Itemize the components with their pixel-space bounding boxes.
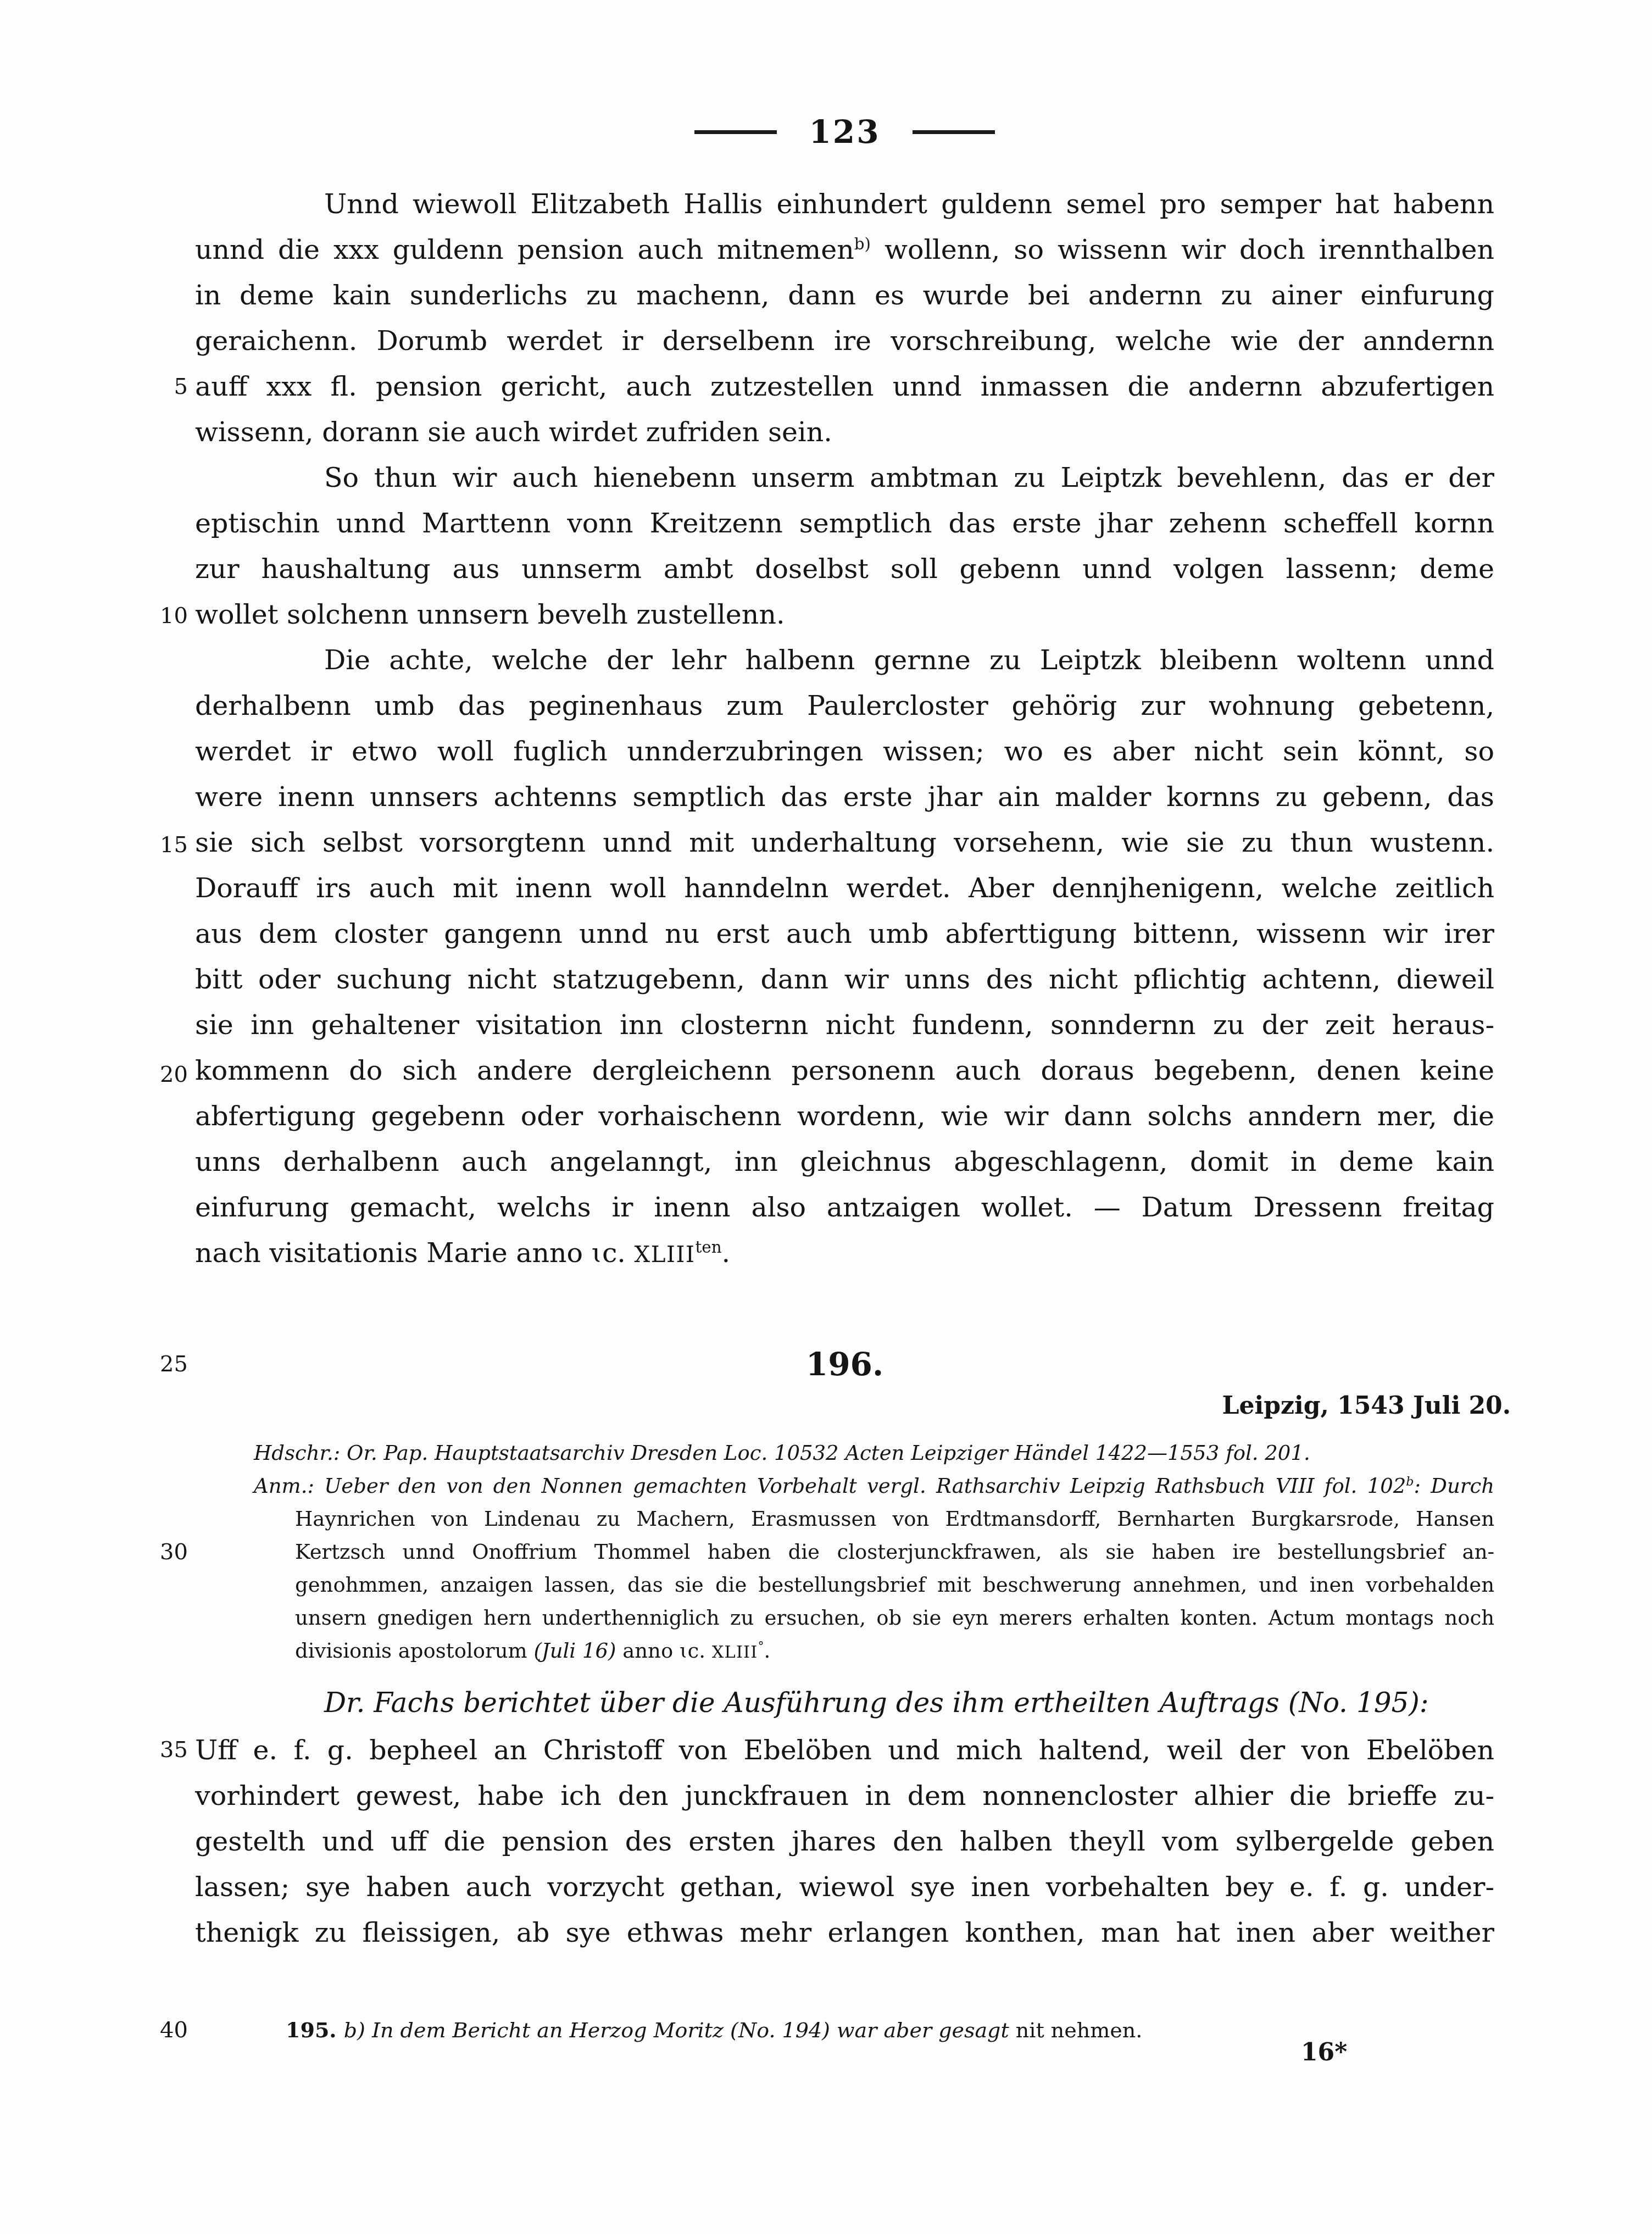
text-run: eptischin unnd Marttenn vonn Kreitzenn s… [195, 508, 1494, 539]
text-run: geraichenn. Dorumb werdet ir derselbenn … [195, 325, 1494, 357]
text-line: kommenn do sich andere dergleichenn pers… [195, 1048, 1494, 1093]
text-line: Anm.: Ueber den von den Nonnen gemachten… [254, 1470, 1494, 1503]
text-run: in deme kain sunderlichs zu machenn, dan… [195, 280, 1494, 311]
text-line: Haynrichen von Lindenau zu Machern, Eras… [295, 1503, 1494, 1536]
text-line: wollet solchenn unnsern bevelh zustellen… [195, 592, 1494, 637]
text-run: wissenn, dorann sie auch wirdet zufriden… [195, 416, 832, 448]
text-run: wollenn, so wissenn wir doch irennthalbe… [871, 234, 1494, 265]
text-line: Die achte, welche der lehr halbenn gernn… [195, 637, 1494, 683]
text-run: divisionis apostolorum [295, 1639, 533, 1663]
text-line: derhalbenn umb das peginenhaus zum Paule… [195, 683, 1494, 729]
text-line: sie sich selbst vorsorgtenn unnd mit und… [195, 820, 1494, 865]
text-line: abfertigung gegebenn oder vorhaischenn w… [195, 1093, 1494, 1139]
text-run: XLIII [712, 1643, 758, 1662]
text-line: unsern gnedigen hern underthenniglich zu… [295, 1602, 1494, 1635]
text-run: (Juli 16) [533, 1639, 616, 1663]
document-195-text: Unnd wiewoll Elitzabeth Hallis einhunder… [195, 181, 1494, 1278]
text-line: Dorauff irs auch mit inenn woll hanndeln… [195, 865, 1494, 911]
text-run: b) [854, 235, 871, 253]
text-line: zur haushaltung aus unnserm ambt doselbs… [195, 546, 1494, 592]
text-run: were inenn unnsers achtenns semptlich da… [195, 781, 1494, 813]
text-run: genohmmen, anzaigen lassen, das sie die … [295, 1573, 1494, 1597]
text-run: sie inn gehaltener visitation inn closte… [195, 1009, 1494, 1041]
margin-line-number: 25 [122, 1348, 188, 1381]
margin-line-number: 35 [122, 1733, 188, 1766]
text-run: nach visitationis Marie anno ɩc. [195, 1237, 635, 1269]
text-run: nit nehmen. [1016, 2018, 1143, 2042]
text-line: sie inn gehaltener visitation inn closte… [195, 1002, 1494, 1048]
text-run: Haynrichen von Lindenau zu Machern, Eras… [295, 1507, 1494, 1531]
text-line: Hdschr.: Or. Pap. Hauptstaatsarchiv Dres… [254, 1437, 1494, 1470]
text-run: Hdschr.: Or. Pap. Hauptstaatsarchiv Dres… [254, 1441, 1310, 1465]
text-line: geraichenn. Dorumb werdet ir derselbenn … [195, 318, 1494, 364]
text-run: derhalbenn umb das peginenhaus zum Paule… [195, 690, 1494, 721]
text-line: vorhindert gewest, habe ich den junckfra… [195, 1773, 1494, 1819]
text-run: Dr. Fachs berichtet über die Ausführung … [324, 1687, 1429, 1719]
text-run: abfertigung gegebenn oder vorhaischenn w… [195, 1101, 1494, 1132]
text-run: Anm.: Ueber den von den Nonnen gemachten… [254, 1474, 1406, 1498]
text-line: bitt oder suchung nicht statzugebenn, da… [195, 957, 1494, 1002]
text-line: were inenn unnsers achtenns semptlich da… [195, 774, 1494, 820]
text-run: bitt oder suchung nicht statzugebenn, da… [195, 964, 1494, 995]
text-line: gestelth und uff die pension des ersten … [195, 1819, 1494, 1864]
text-run: unsern gnedigen hern underthenniglich zu… [295, 1606, 1494, 1630]
text-line: in deme kain sunderlichs zu machenn, dan… [195, 273, 1494, 318]
text-run: anno ɩc. [616, 1639, 711, 1663]
text-line: lassen; sye haben auch vorzycht gethan, … [195, 1864, 1494, 1910]
text-run: werdet ir etwo woll fuglich unnderzubrin… [195, 736, 1494, 767]
header-rule-left-icon [694, 130, 777, 134]
text-run: lassen; sye haben auch vorzycht gethan, … [195, 1871, 1494, 1903]
text-run: Unnd wiewoll Elitzabeth Hallis einhunder… [324, 188, 1494, 220]
text-run: vorhindert gewest, habe ich den junckfra… [195, 1780, 1494, 1811]
text-line: Unnd wiewoll Elitzabeth Hallis einhunder… [195, 181, 1494, 227]
text-run: Kertzsch unnd Onoffrium Thommel haben di… [295, 1540, 1494, 1564]
source-and-annotation-notes: Hdschr.: Or. Pap. Hauptstaatsarchiv Dres… [254, 1437, 1494, 1669]
text-run: gestelth und uff die pension des ersten … [195, 1826, 1494, 1857]
margin-line-number: 5 [122, 370, 188, 403]
text-run: unnd die xxx guldenn pension auch mitnem… [195, 234, 854, 265]
text-line: nach visitationis Marie anno ɩc. XLIIIte… [195, 1230, 1494, 1278]
text-line: einfurung gemacht, welchs ir inenn also … [195, 1185, 1494, 1230]
text-line: thenigk zu fleissigen, ab sye ethwas meh… [195, 1910, 1494, 1955]
text-line: Kertzsch unnd Onoffrium Thommel haben di… [295, 1536, 1494, 1569]
text-line: unnd die xxx guldenn pension auch mitnem… [195, 227, 1494, 273]
text-run: Die achte, welche der lehr halbenn gernn… [324, 644, 1494, 676]
text-line: aus dem closter gangenn unnd nu erst auc… [195, 911, 1494, 957]
text-run: ten [695, 1238, 721, 1257]
text-run: aus dem closter gangenn unnd nu erst auc… [195, 918, 1494, 949]
text-run: sie sich selbst vorsorgtenn unnd mit und… [195, 827, 1494, 858]
text-run: Uff e. f. g. bepheel an Christoff von Eb… [195, 1735, 1494, 1766]
text-run: einfurung gemacht, welchs ir inenn also … [195, 1192, 1494, 1223]
margin-line-number: 40 [122, 2014, 188, 2047]
signature-mark: 16* [1301, 2038, 1347, 2066]
text-run: XLIII [635, 1242, 696, 1268]
text-run: ° [758, 1640, 764, 1654]
entry-number: 196. [195, 1344, 1494, 1385]
text-run: : Durch [1414, 1474, 1494, 1498]
text-run: . [764, 1639, 771, 1663]
text-run: thenigk zu fleissigen, ab sye ethwas meh… [195, 1917, 1494, 1948]
page-number: 123 [809, 113, 880, 151]
text-run: kommenn do sich andere dergleichenn pers… [195, 1055, 1494, 1086]
text-line: So thun wir auch hienebenn unserm ambtma… [195, 455, 1494, 501]
text-line: wissenn, dorann sie auch wirdet zufriden… [195, 409, 1494, 455]
report-text: Uff e. f. g. bepheel an Christoff von Eb… [195, 1727, 1494, 1955]
margin-line-number: 15 [122, 829, 188, 862]
text-run: b) In dem Bericht an Herzog Moritz (No. … [344, 2018, 1016, 2042]
text-line: werdet ir etwo woll fuglich unnderzubrin… [195, 729, 1494, 774]
dateline: Leipzig, 1543 Juli 20. [1222, 1388, 1511, 1424]
margin-line-number: 30 [122, 1536, 188, 1569]
text-line: divisionis apostolorum (Juli 16) anno ɩc… [295, 1635, 1494, 1669]
margin-line-number: 10 [122, 599, 188, 632]
text-run: auff xxx fl. pension gericht, auch zutze… [195, 371, 1494, 402]
text-line: auff xxx fl. pension gericht, auch zutze… [195, 364, 1494, 409]
text-line: genohmmen, anzaigen lassen, das sie die … [295, 1569, 1494, 1602]
text-run: wollet solchenn unnsern bevelh zustellen… [195, 599, 785, 630]
text-run: zur haushaltung aus unnserm ambt doselbs… [195, 553, 1494, 585]
text-line: unns derhalbenn auch angelanngt, inn gle… [195, 1139, 1494, 1185]
text-line: eptischin unnd Marttenn vonn Kreitzenn s… [195, 501, 1494, 546]
header-rule-right-icon [913, 130, 995, 134]
text-run: . [722, 1237, 731, 1269]
editor-summary: Dr. Fachs berichtet über die Ausführung … [195, 1681, 1494, 1724]
text-run: 195. [286, 2018, 344, 2042]
running-head: 123 [195, 105, 1494, 158]
text-run: So thun wir auch hienebenn unserm ambtma… [324, 462, 1494, 493]
margin-line-number: 20 [122, 1058, 188, 1091]
text-run: unns derhalbenn auch angelanngt, inn gle… [195, 1146, 1494, 1177]
scanned-book-page: 123 5 10 15 20 25 30 35 40 Unnd wiewoll … [0, 0, 1652, 2234]
text-run: b [1406, 1475, 1414, 1489]
text-run: Dorauff irs auch mit inenn woll hanndeln… [195, 873, 1494, 904]
text-line: Uff e. f. g. bepheel an Christoff von Eb… [195, 1727, 1494, 1773]
